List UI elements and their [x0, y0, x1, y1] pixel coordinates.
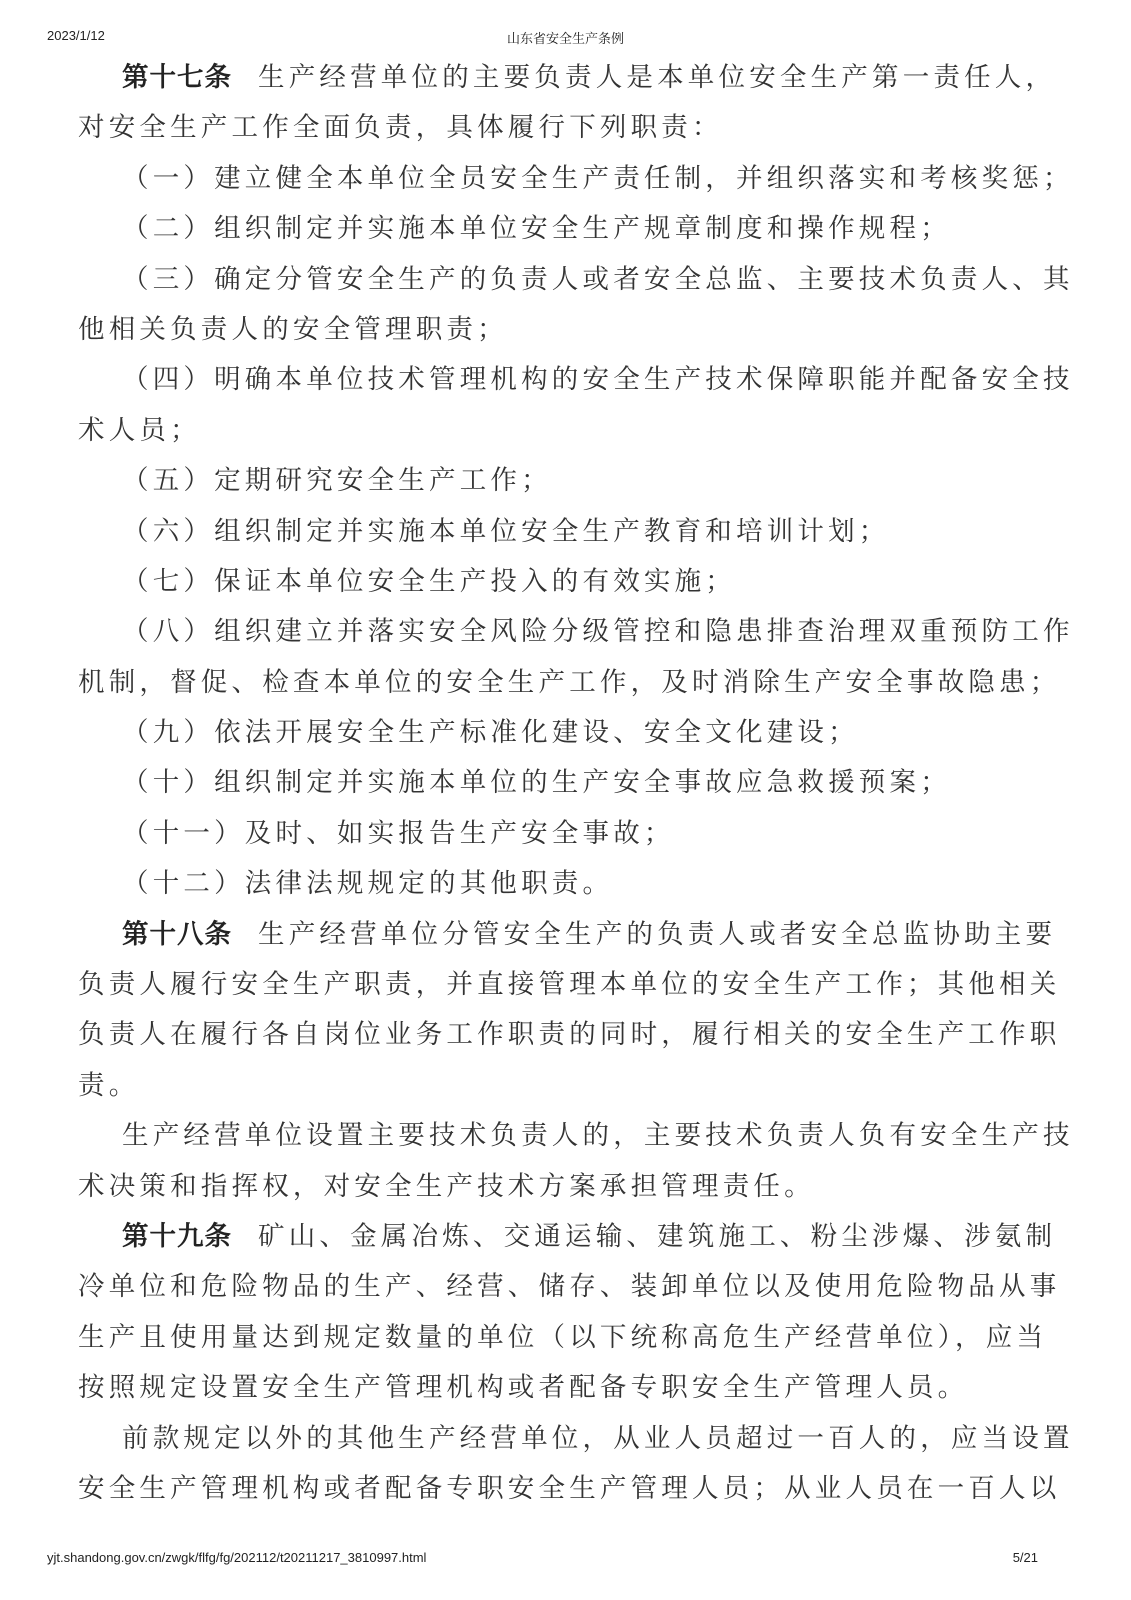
- paragraph-line: 生产经营单位设置主要技术负责人的，主要技术负责人负有安全生产技: [78, 1111, 1038, 1161]
- article-18-line-1: 第十八条生产经营单位分管安全生产的负责人或者安全总监协助主要: [78, 910, 1038, 960]
- list-item: （五）定期研究安全生产工作；: [78, 456, 1038, 506]
- text-line: 责。: [78, 1061, 1038, 1111]
- article-17-line-1: 第十七条生产经营单位的主要负责人是本单位安全生产第一责任人，: [78, 53, 1038, 103]
- document-body: 第十七条生产经营单位的主要负责人是本单位安全生产第一责任人， 对安全生产工作全面…: [78, 53, 1038, 1514]
- text-line: 机制，督促、检查本单位的安全生产工作，及时消除生产安全事故隐患；: [78, 658, 1038, 708]
- list-item: （三）确定分管安全生产的负责人或者安全总监、主要技术负责人、其: [78, 255, 1038, 305]
- document-title: 山东省安全生产条例: [0, 28, 1131, 47]
- paragraph-line: 前款规定以外的其他生产经营单位，从业人员超过一百人的，应当设置: [78, 1414, 1038, 1464]
- text-line: 他相关负责人的安全管理职责；: [78, 305, 1038, 355]
- list-item: （九）依法开展安全生产标准化建设、安全文化建设；: [78, 708, 1038, 758]
- list-item: （四）明确本单位技术管理机构的安全生产技术保障职能并配备安全技: [78, 355, 1038, 405]
- text-line: 安全生产管理机构或者配备专职安全生产管理人员；从业人员在一百人以: [78, 1464, 1038, 1514]
- text-line: 生产且使用量达到规定数量的单位（以下统称高危生产经营单位），应当: [78, 1313, 1038, 1363]
- list-item: （十）组织制定并实施本单位的生产安全事故应急救援预案；: [78, 758, 1038, 808]
- page-number: 5/21: [1013, 1550, 1038, 1565]
- list-item: （八）组织建立并落实安全风险分级管控和隐患排查治理双重预防工作: [78, 607, 1038, 657]
- list-item: （六）组织制定并实施本单位安全生产教育和培训计划；: [78, 507, 1038, 557]
- source-url: yjt.shandong.gov.cn/zwgk/flfg/fg/202112/…: [47, 1550, 426, 1565]
- text-line: 冷单位和危险物品的生产、经营、储存、装卸单位以及使用危险物品从事: [78, 1262, 1038, 1312]
- list-item: （十一）及时、如实报告生产安全事故；: [78, 809, 1038, 859]
- text-line: 术人员；: [78, 406, 1038, 456]
- article-heading: 第十九条: [122, 1221, 232, 1252]
- text-line: 按照规定设置安全生产管理机构或者配备专职安全生产管理人员。: [78, 1363, 1038, 1413]
- list-item: （十二）法律法规规定的其他职责。: [78, 859, 1038, 909]
- text-line: 负责人在履行各自岗位业务工作职责的同时，履行相关的安全生产工作职: [78, 1010, 1038, 1060]
- text-line: 负责人履行安全生产职责，并直接管理本单位的安全生产工作；其他相关: [78, 960, 1038, 1010]
- text-line: 对安全生产工作全面负责，具体履行下列职责：: [78, 103, 1038, 153]
- list-item: （一）建立健全本单位全员安全生产责任制，并组织落实和考核奖惩；: [78, 154, 1038, 204]
- article-heading: 第十七条: [122, 62, 232, 93]
- article-19-line-1: 第十九条矿山、金属冶炼、交通运输、建筑施工、粉尘涉爆、涉氨制: [78, 1212, 1038, 1262]
- list-item: （二）组织制定并实施本单位安全生产规章制度和操作规程；: [78, 204, 1038, 254]
- article-heading: 第十八条: [122, 919, 232, 950]
- text-line: 术决策和指挥权，对安全生产技术方案承担管理责任。: [78, 1162, 1038, 1212]
- list-item: （七）保证本单位安全生产投入的有效实施；: [78, 557, 1038, 607]
